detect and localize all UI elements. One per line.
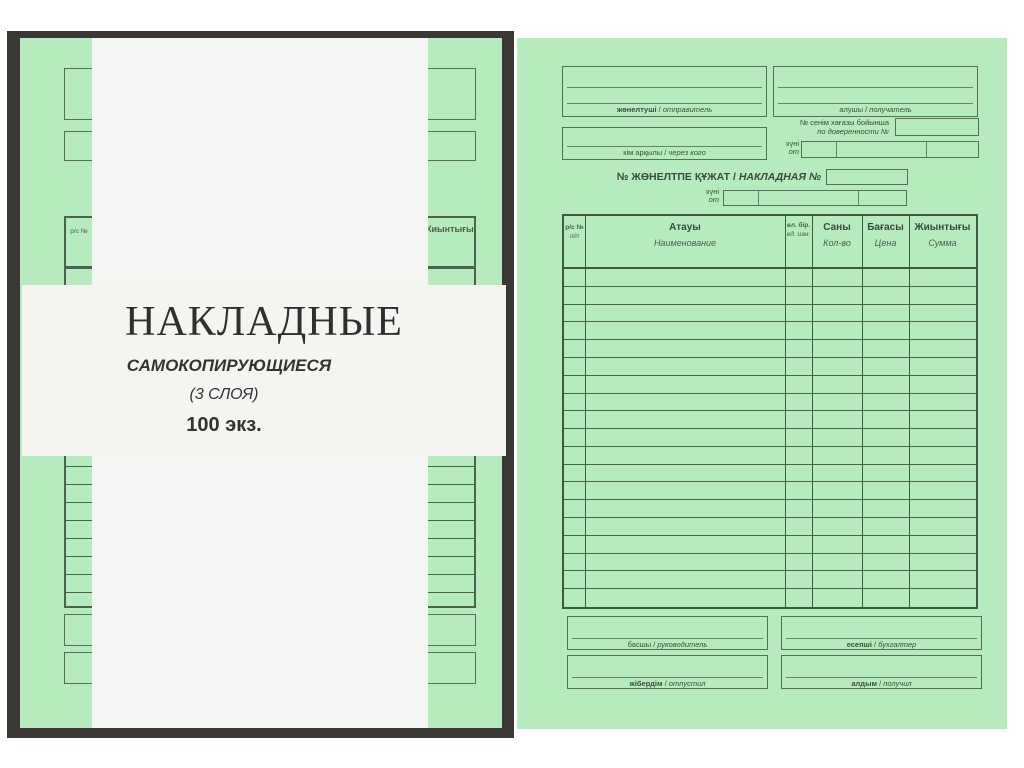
pack-title: НАКЛАДНЫЕ xyxy=(22,298,506,346)
pack-count: 100 экз. xyxy=(0,414,466,437)
signature-released-by-field[interactable]: жібердім / отпустил xyxy=(567,655,768,689)
signature-accountant-label: есепші / бухгалтер xyxy=(782,640,981,649)
sender-label-ru: отправитель xyxy=(663,105,712,114)
table-row[interactable] xyxy=(564,411,976,429)
table-row[interactable] xyxy=(564,571,976,589)
table-row[interactable] xyxy=(564,269,976,287)
header-col-name-ru: Наименование xyxy=(585,237,785,249)
signature-received-by-label: алдым / получил xyxy=(782,679,981,688)
invoice-form-sheet: жөнелтуші / отправитель алушы / получате… xyxy=(517,38,1007,729)
table-row[interactable] xyxy=(564,358,976,376)
invoice-date-ru: от xyxy=(697,196,719,204)
signature-released-by-label: жібердім / отпустил xyxy=(568,679,767,688)
proxy-label: № сенім хағазы бойынша по доверенности № xyxy=(769,118,889,136)
header-col-num-ru: п/п xyxy=(564,233,585,240)
proxy-date-label: күні от xyxy=(779,140,799,156)
table-row[interactable] xyxy=(564,322,976,340)
invoice-date-label: күні от xyxy=(697,188,719,204)
table-row[interactable] xyxy=(564,287,976,305)
receiver-label-kz: алушы xyxy=(839,105,863,114)
signature-manager-field[interactable]: басшы / руководитель xyxy=(567,616,768,650)
table-row[interactable] xyxy=(564,305,976,323)
pack-col-sum: Жиынтығы xyxy=(421,226,476,233)
proxy-label-ru: по доверенности № xyxy=(769,127,889,136)
doc-title-ru: НАКЛАДНАЯ № xyxy=(739,171,821,183)
signature-accountant-field[interactable]: есепші / бухгалтер xyxy=(781,616,982,650)
table-row[interactable] xyxy=(564,394,976,412)
pack-col-num: р/с № xyxy=(66,228,92,235)
proxy-label-kz: № сенім хағазы бойынша xyxy=(769,118,889,127)
table-row[interactable] xyxy=(564,589,976,607)
table-row[interactable] xyxy=(564,482,976,500)
pack-layers: (3 СЛОЯ) xyxy=(0,386,466,404)
header-col-qty-kz: Саны xyxy=(812,222,862,234)
header-col-price: БағасыЦена xyxy=(862,222,909,249)
invoice-number-input[interactable] xyxy=(826,169,908,185)
table-row[interactable] xyxy=(564,536,976,554)
invoice-date-input[interactable] xyxy=(723,190,907,206)
header-col-sum-ru: Сумма xyxy=(909,237,976,249)
sender-field[interactable]: жөнелтуші / отправитель xyxy=(562,66,767,117)
header-col-unit-ru: ед. изм. xyxy=(785,231,812,238)
proxy-date-ru: от xyxy=(779,148,799,156)
doc-title: № ЖӨНЕЛТПЕ ҚҰЖАТ / НАКЛАДНАЯ № xyxy=(567,171,821,183)
table-row[interactable] xyxy=(564,429,976,447)
table-row[interactable] xyxy=(564,447,976,465)
items-table: р/с №п/пАтауыНаименованиеөл. бір.ед. изм… xyxy=(562,214,978,609)
table-row[interactable] xyxy=(564,500,976,518)
sender-label-kz: жөнелтуші xyxy=(617,105,657,114)
signature-received-by-field[interactable]: алдым / получил xyxy=(781,655,982,689)
pack-subtitle: САМОКОПИРУЮЩИЕСЯ xyxy=(0,356,471,376)
receiver-field[interactable]: алушы / получатель xyxy=(773,66,978,117)
table-row[interactable] xyxy=(564,376,976,394)
header-col-sum-kz: Жиынтығы xyxy=(909,222,976,234)
header-col-qty-ru: Кол-во xyxy=(812,237,862,249)
header-col-price-ru: Цена xyxy=(862,237,909,249)
header-col-unit: өл. бір.ед. изм. xyxy=(785,222,812,238)
header-col-num-kz: р/с № xyxy=(564,224,585,231)
header-col-unit-kz: өл. бір. xyxy=(785,222,812,229)
header-col-sum: ЖиынтығыСумма xyxy=(909,222,976,249)
via-label-kz: кім арқылы xyxy=(623,148,662,157)
table-row[interactable] xyxy=(564,340,976,358)
proxy-date-input[interactable] xyxy=(801,141,979,158)
receiver-label-ru: получатель xyxy=(869,105,911,114)
header-col-name-kz: Атауы xyxy=(585,222,785,234)
table-row[interactable] xyxy=(564,465,976,483)
proxy-number-input[interactable] xyxy=(895,118,979,136)
header-col-name: АтауыНаименование xyxy=(585,222,785,249)
table-row[interactable] xyxy=(564,554,976,572)
header-col-price-kz: Бағасы xyxy=(862,222,909,234)
via-field[interactable]: кім арқылы / через кого xyxy=(562,127,767,160)
header-col-qty: СаныКол-во xyxy=(812,222,862,249)
signature-manager-label: басшы / руководитель xyxy=(568,640,767,649)
via-label-ru: через кого xyxy=(668,148,705,157)
header-col-num: р/с №п/п xyxy=(564,224,585,240)
doc-title-kz: № ЖӨНЕЛТПЕ ҚҰЖАТ / xyxy=(617,171,736,183)
table-row[interactable] xyxy=(564,518,976,536)
